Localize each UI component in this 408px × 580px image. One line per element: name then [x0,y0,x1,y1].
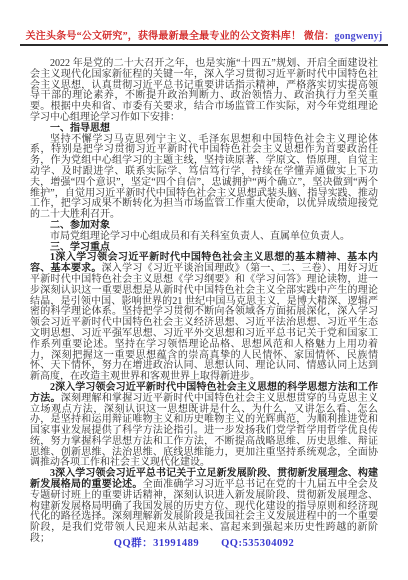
paragraph-participants: 市局党组理论学习中心组成员和有关科室负责人、直属单位负责人。 [30,232,378,243]
paragraph-text: 市局党组理论学习中心组成员和有关科室负责人、直属单位负责人。 [50,231,350,242]
qq-group-contact: QQ群：31991489 [114,538,199,549]
banner-underlined-text: 关注头条号“公文研究”，获得最新最全最专业的公文资料库！ 微信：gongweny… [20,27,389,46]
paragraph-study-point-1: 1深入学习领会习近平新时代中国特色社会主义思想的基本精神、基本内容、基本要求。深… [30,253,378,383]
paragraph-text: 深刻理解和掌握习近平新时代中国特色社会主义思想贯穿的马克思主义立场观点方法，深刻… [30,393,378,469]
paragraph-text: 深入学习《习近平谈治国理政》（第一、二、三卷）、用好习近平新时代中国特色社会主义… [30,263,378,382]
paragraph-study-point-3: 3深入学习领会习近平总书记关于立足新发展阶段、贯彻新发展理念、构建新发展格局的重… [30,469,378,545]
document-body: 2022 年是党的二十大召开之年，也是实施“十四五”规划、开启全面建设社会主义现… [30,59,378,545]
qq-number: 535304092 [242,538,294,549]
banner-text: 关注头条号“公文研究”，获得最新最全最专业的公文资料库！ 微信： [26,31,335,42]
paragraph-intro: 2022 年是党的二十大召开之年，也是实施“十四五”规划、开启全面建设社会主义现… [30,59,378,124]
qq-group-number: 31991489 [153,538,199,549]
paragraph-text: 坚持不懈学习马克思列宁主义、毛泽东思想和中国特色社会主义理论体系，特别是把学习贯… [30,134,378,221]
footer-contacts: QQ群：31991489QQ:535304092 [0,535,408,550]
paragraph-guiding-ideology: 坚持不懈学习马克思列宁主义、毛泽东思想和中国特色社会主义理论体系，特别是把学习贯… [30,135,378,221]
qq-group-label: QQ群： [114,538,153,549]
paragraph-text: 2022 年是党的二十大召开之年，也是实施“十四五”规划、开启全面建设社会主义现… [30,58,378,123]
document-page: 关注头条号“公文研究”，获得最新最全最专业的公文资料库！ 微信：gongweny… [0,0,408,580]
header-banner: 关注头条号“公文研究”，获得最新最全最专业的公文资料库！ 微信：gongweny… [0,0,408,46]
paragraph-study-point-2: 2深入学习领会习近平新时代中国特色社会主义思想的科学思想方法和工作方法。深刻理解… [30,383,378,469]
wechat-id: gongwenyj [334,31,382,42]
qq-label: QQ: [221,538,242,549]
qq-contact: QQ:535304092 [221,538,294,549]
